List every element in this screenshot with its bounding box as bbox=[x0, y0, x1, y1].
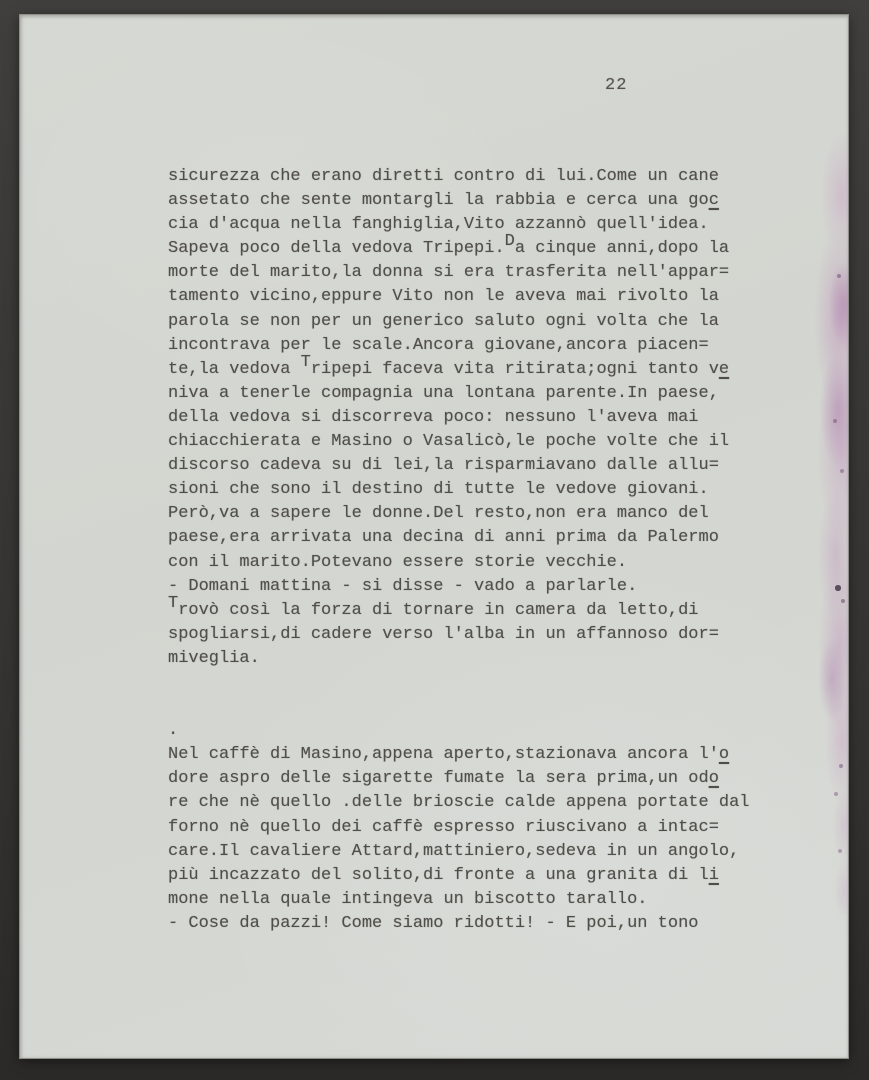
text-segment: a cinque anni,dopo la bbox=[515, 239, 729, 258]
text-segment: miveglia. bbox=[168, 649, 260, 668]
text-line: discorso cadeva su di lei,la risparmiava… bbox=[168, 454, 768, 478]
text-line: Nel caffè di Masino,appena aperto,stazio… bbox=[168, 743, 768, 767]
text-segment: discorso cadeva su di lei,la risparmiava… bbox=[168, 456, 719, 475]
text-segment: cia d'acqua nella fanghiglia,Vito azzann… bbox=[168, 215, 709, 234]
text-segment: parola se non per un generico saluto ogn… bbox=[168, 312, 719, 331]
text-line: forno nè quello dei caffè espresso riusc… bbox=[168, 816, 768, 840]
text-line: cia d'acqua nella fanghiglia,Vito azzann… bbox=[168, 213, 768, 237]
text-segment: mone nella quale intingeva un biscotto t… bbox=[168, 890, 647, 909]
manuscript-page: 22 sicurezza che erano diretti contro di… bbox=[20, 15, 848, 1058]
text-line: miveglia. bbox=[168, 647, 768, 671]
text-segment: spogliarsi,di cadere verso l'alba in un … bbox=[168, 625, 719, 644]
text-segment: Nel caffè di Masino,appena aperto,stazio… bbox=[168, 745, 719, 764]
text-segment: ripepi faceva vita ritirata;ogni tanto v bbox=[311, 360, 719, 379]
text-segment: . bbox=[168, 721, 178, 740]
text-line: con il marito.Potevano essere storie vec… bbox=[168, 551, 768, 575]
text-line: mone nella quale intingeva un biscotto t… bbox=[168, 888, 768, 912]
text-segment: incontrava per le scale.Ancora giovane,a… bbox=[168, 336, 709, 355]
text-segment: rovò così la forza di tornare in camera … bbox=[178, 601, 698, 620]
text-line: sicurezza che erano diretti contro di lu… bbox=[168, 165, 768, 189]
text-segment: dore aspro delle sigarette fumate la ser… bbox=[168, 769, 709, 788]
text-line: paese,era arrivata una decina di anni pr… bbox=[168, 526, 768, 550]
text-line: incontrava per le scale.Ancora giovane,a… bbox=[168, 334, 768, 358]
photo-backdrop: 22 sicurezza che erano diretti contro di… bbox=[0, 0, 869, 1080]
text-line: sioni che sono il destino di tutte le ve… bbox=[168, 478, 768, 502]
text-segment: Sapeva poco della vedova Tripepi. bbox=[168, 239, 505, 258]
text-line: Però,va a sapere le donne.Del resto,non … bbox=[168, 502, 768, 526]
text-segment: più incazzato del solito,di fronte a una… bbox=[168, 866, 709, 885]
text-line: chiacchierata e Masino o Vasalicò,le poc… bbox=[168, 430, 768, 454]
text-line: assetato che sente montargli la rabbia e… bbox=[168, 189, 768, 213]
text-line: re che nè quello .delle brioscie calde a… bbox=[168, 791, 768, 815]
text-segment: tamento vicino,eppure Vito non le aveva … bbox=[168, 287, 719, 306]
text-segment: della vedova si discorreva poco: nessuno… bbox=[168, 408, 699, 427]
text-segment: chiacchierata e Masino o Vasalicò,le poc… bbox=[168, 432, 729, 451]
text-segment: con il marito.Potevano essere storie vec… bbox=[168, 553, 627, 572]
underlined-letter: c bbox=[709, 191, 719, 210]
text-segment: re che nè quello .delle brioscie calde a… bbox=[168, 793, 750, 812]
text-line: spogliarsi,di cadere verso l'alba in un … bbox=[168, 623, 768, 647]
typed-text: sicurezza che erano diretti contro di lu… bbox=[168, 165, 768, 936]
ink-stain bbox=[794, 125, 848, 915]
text-line: te,la vedova Tripepi faceva vita ritirat… bbox=[168, 358, 768, 382]
underlined-letter: o bbox=[719, 745, 729, 764]
underlined-letter: o bbox=[709, 769, 719, 788]
underlined-letter: i bbox=[709, 866, 719, 885]
text-segment: care.Il cavaliere Attard,mattiniero,sede… bbox=[168, 842, 739, 861]
text-segment: morte del marito,la donna si era trasfer… bbox=[168, 263, 729, 282]
text-segment: te,la vedova bbox=[168, 360, 301, 379]
text-line: - Domani mattina - si disse - vado a par… bbox=[168, 575, 768, 599]
text-segment: Però,va a sapere le donne.Del resto,non … bbox=[168, 504, 709, 523]
raised-letter: T bbox=[301, 353, 311, 372]
text-line: della vedova si discorreva poco: nessuno… bbox=[168, 406, 768, 430]
raised-letter: T bbox=[168, 594, 178, 613]
page-number: 22 bbox=[605, 76, 627, 95]
text-line: dore aspro delle sigarette fumate la ser… bbox=[168, 767, 768, 791]
text-line bbox=[168, 695, 768, 719]
text-line: Sapeva poco della vedova Tripepi.Da cinq… bbox=[168, 237, 768, 261]
text-line: - Cose da pazzi! Come siamo ridotti! - E… bbox=[168, 912, 768, 936]
text-line: Trovò così la forza di tornare in camera… bbox=[168, 599, 768, 623]
text-segment: niva a tenerle compagnia una lontana par… bbox=[168, 384, 719, 403]
text-segment: paese,era arrivata una decina di anni pr… bbox=[168, 528, 719, 547]
underlined-letter: e bbox=[719, 360, 729, 379]
text-line: care.Il cavaliere Attard,mattiniero,sede… bbox=[168, 840, 768, 864]
text-line: niva a tenerle compagnia una lontana par… bbox=[168, 382, 768, 406]
stain-specks bbox=[794, 125, 796, 127]
text-line: parola se non per un generico saluto ogn… bbox=[168, 310, 768, 334]
text-segment: sicurezza che erano diretti contro di lu… bbox=[168, 167, 719, 186]
text-segment: - Domani mattina - si disse - vado a par… bbox=[168, 577, 637, 596]
text-segment: sioni che sono il destino di tutte le ve… bbox=[168, 480, 709, 499]
text-segment: - Cose da pazzi! Come siamo ridotti! - E… bbox=[168, 914, 699, 933]
text-segment: forno nè quello dei caffè espresso riusc… bbox=[168, 818, 719, 837]
text-segment: assetato che sente montargli la rabbia e… bbox=[168, 191, 709, 210]
raised-letter: D bbox=[505, 232, 515, 251]
text-line: . bbox=[168, 719, 768, 743]
text-line: morte del marito,la donna si era trasfer… bbox=[168, 261, 768, 285]
text-line bbox=[168, 671, 768, 695]
text-line: tamento vicino,eppure Vito non le aveva … bbox=[168, 285, 768, 309]
text-line: più incazzato del solito,di fronte a una… bbox=[168, 864, 768, 888]
